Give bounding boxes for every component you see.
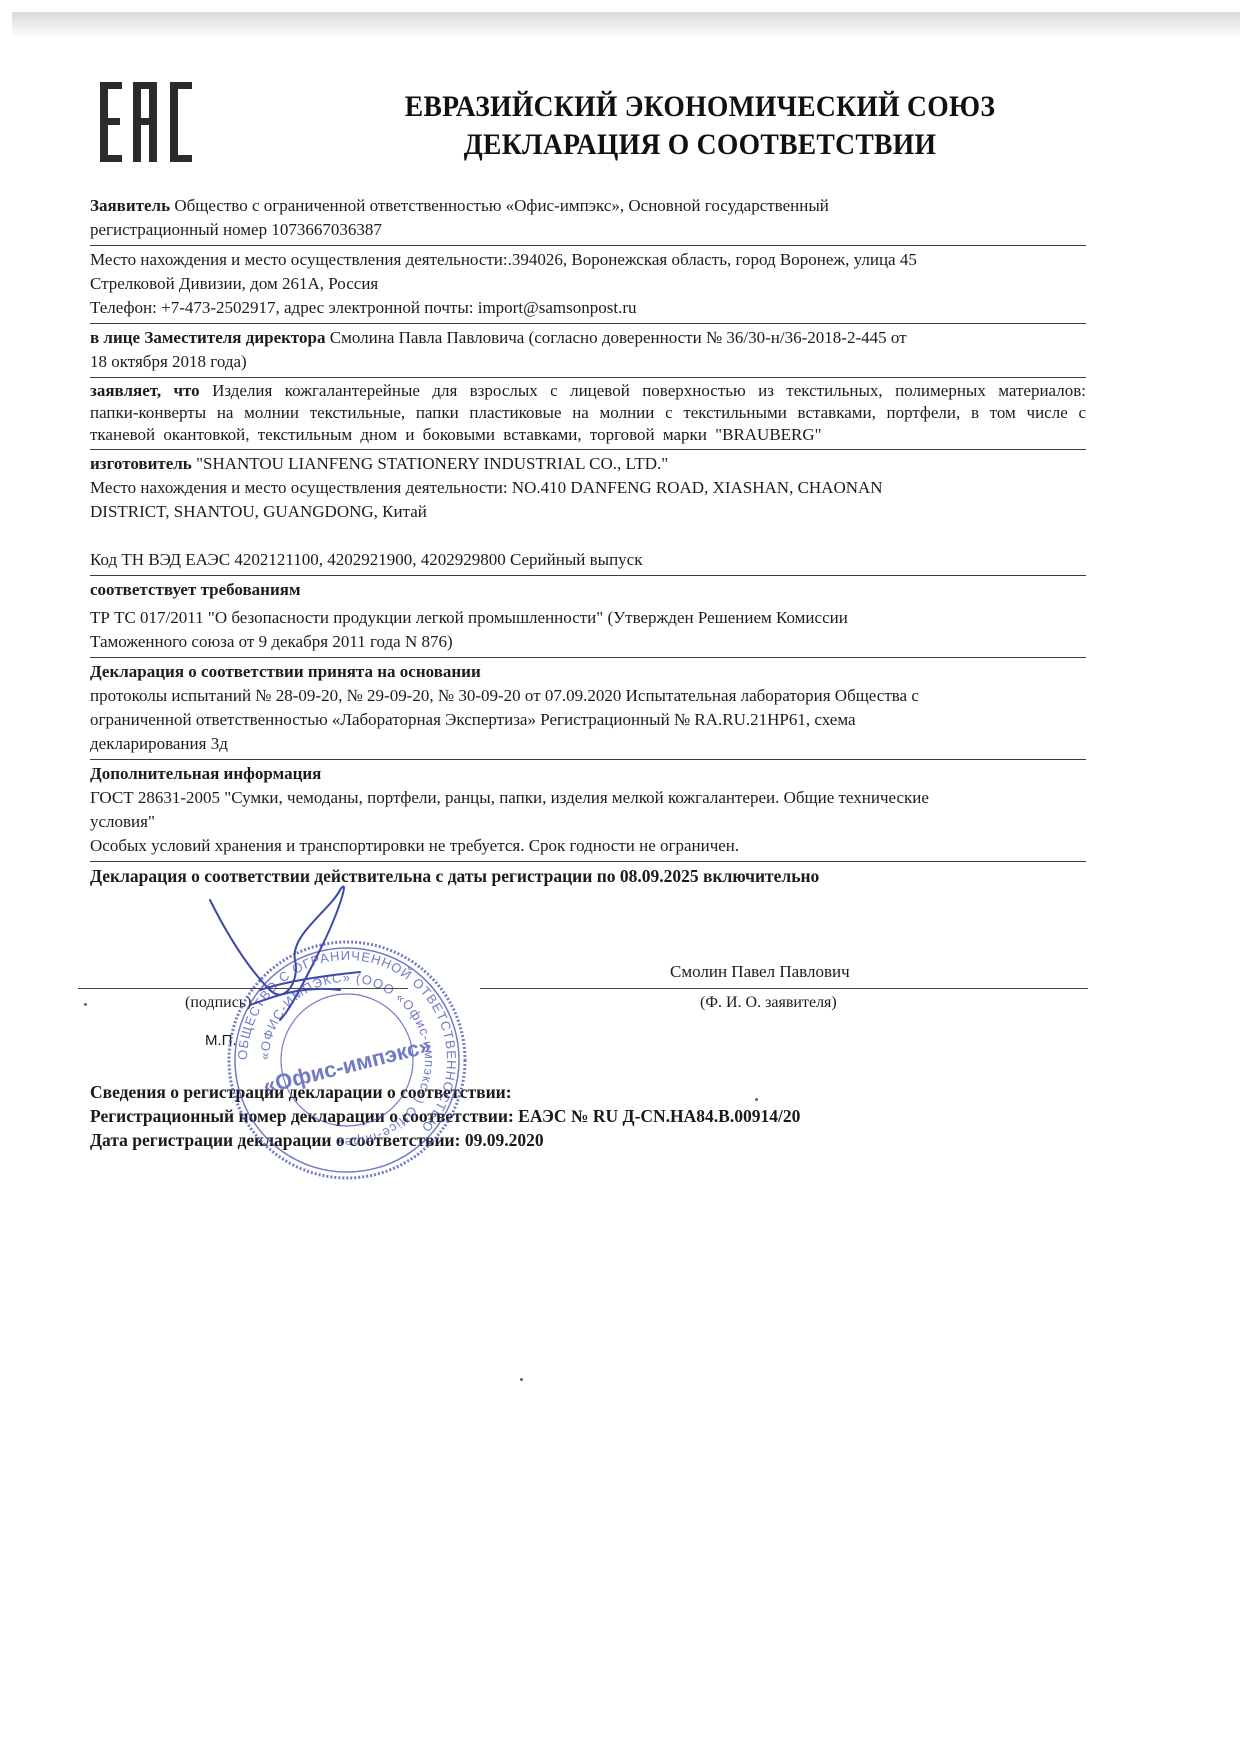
applicant-label: Заявитель (90, 196, 170, 215)
hs-codes: Код ТН ВЭД ЕАЭС 4202121100, 4202921900, … (90, 548, 1086, 572)
basis-label: Декларация о соответствии принята на осн… (90, 662, 481, 681)
applicant-ogrn: регистрационный номер 1073667036387 (90, 218, 1086, 242)
requirements-label: соответствует требованиям (90, 580, 301, 599)
technical-regulation: ТР ТС 017/2011 "О безопасности продукции… (90, 606, 1086, 630)
additional-info-label: Дополнительная информация (90, 764, 321, 783)
manufacturer-address-2: DISTRICT, SHANTOU, GUANGDONG, Китай (90, 500, 1086, 524)
gost-standard: ГОСТ 28631-2005 "Сумки, чемоданы, портфе… (90, 786, 1086, 810)
test-protocols: протоколы испытаний № 28-09-20, № 29-09-… (90, 684, 1086, 708)
applicant-name: Общество с ограниченной ответственностью… (170, 196, 829, 215)
svg-text:«Офис-импэкс»: «Офис-импэкс» (261, 1033, 434, 1099)
gost-standard-cont: условия" (90, 810, 1086, 834)
manufacturer-section: изготовитель "SHANTOU LIANFENG STATIONER… (90, 450, 1086, 576)
storage-conditions: Особых условий хранения и транспортировк… (90, 834, 1086, 858)
declares-section: заявляет, что Изделия кожгалантерейные д… (90, 378, 1086, 450)
additional-info-section: Дополнительная информация ГОСТ 28631-200… (90, 760, 1086, 862)
signatory-name: Смолин Павел Павлович (670, 962, 850, 982)
laboratory: ограниченной ответственностью «Лаборатор… (90, 708, 1086, 732)
representative-name: Смолина Павла Павловича (согласно довере… (326, 328, 907, 347)
requirements-section: соответствует требованиям ТР ТС 017/2011… (90, 576, 1086, 658)
scan-speck (84, 1003, 87, 1006)
title-line-declaration: ДЕКЛАРАЦИЯ О СООТВЕТСТВИИ (350, 126, 1049, 164)
handwritten-signature-icon (190, 880, 450, 1030)
applicant-name-caption: (Ф. И. О. заявителя) (700, 994, 837, 1012)
scan-speck (755, 1098, 758, 1101)
power-of-attorney-date: 18 октября 2018 года) (90, 350, 1086, 374)
applicant-name-line (480, 988, 1088, 989)
applicant-section: Заявитель Общество с ограниченной ответс… (90, 192, 1086, 246)
eac-logo-icon (100, 82, 192, 162)
representative-section: в лице Заместителя директора Смолина Пав… (90, 324, 1086, 378)
location-line-2: Стрелковой Дивизии, дом 261А, Россия (90, 272, 1086, 296)
declares-label: заявляет, что (90, 381, 200, 400)
contact-line: Телефон: +7-473-2502917, адрес электронн… (90, 296, 1086, 320)
representative-label: в лице Заместителя директора (90, 328, 326, 347)
location-line-1: Место нахождения и место осуществления д… (90, 248, 1086, 272)
product-description: Изделия кожгалантерейные для взрослых с … (90, 381, 1086, 444)
document-title: ЕВРАЗИЙСКИЙ ЭКОНОМИЧЕСКИЙ СОЮЗ ДЕКЛАРАЦИ… (350, 88, 1049, 164)
manufacturer-label: изготовитель (90, 454, 192, 473)
basis-section: Декларация о соответствии принята на осн… (90, 658, 1086, 760)
manufacturer-address-1: Место нахождения и место осуществления д… (90, 476, 1086, 500)
technical-regulation-cont: Таможенного союза от 9 декабря 2011 года… (90, 630, 1086, 654)
declaration-body: Заявитель Общество с ограниченной ответс… (90, 192, 1086, 891)
location-section: Место нахождения и место осуществления д… (90, 246, 1086, 324)
signature-block: Смолин Павел Павлович (подпись) (Ф. И. О… (0, 950, 1240, 1050)
scan-speck (520, 1378, 523, 1381)
manufacturer-name: "SHANTOU LIANFENG STATIONERY INDUSTRIAL … (192, 454, 668, 473)
title-line-union: ЕВРАЗИЙСКИЙ ЭКОНОМИЧЕСКИЙ СОЮЗ (350, 88, 1049, 126)
scan-edge-shadow (12, 12, 1240, 38)
declaration-scheme: декларирования 3д (90, 732, 1086, 756)
